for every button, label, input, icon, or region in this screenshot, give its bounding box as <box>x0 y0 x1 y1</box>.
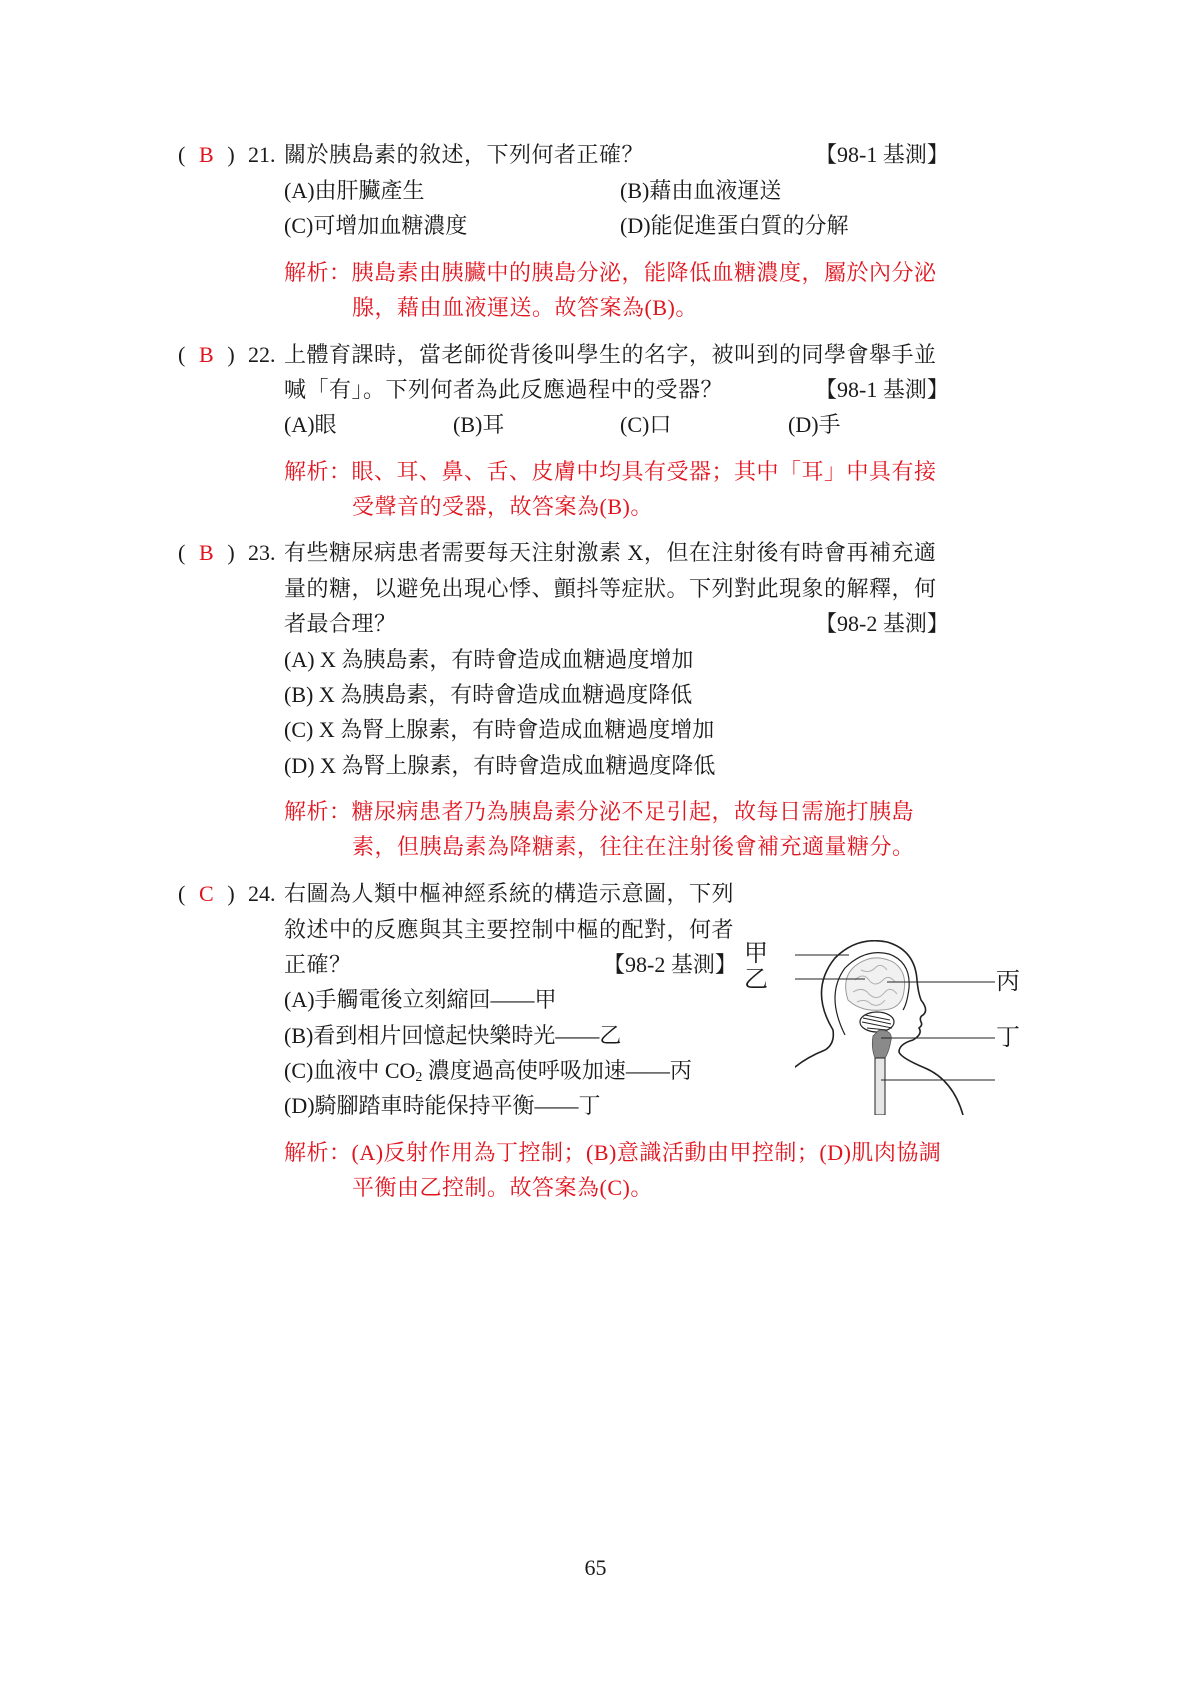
analysis-line: 解析：眼、耳、鼻、舌、皮膚中均具有受器；其中「耳」中具有接 <box>284 457 937 487</box>
option-d: (D) X 為腎上腺素，有時會造成血糖過度降低 <box>284 751 715 781</box>
option-b: (B)藉由血液運送 <box>620 176 781 206</box>
option-a: (A)由肝臟產生 <box>284 176 425 206</box>
option-a: (A)手觸電後立刻縮回——甲 <box>284 985 557 1015</box>
option-a: (A) X 為胰島素，有時會造成血糖過度增加 <box>284 645 693 675</box>
answer-bracket-q23: (B) <box>178 538 235 568</box>
option-b: (B) X 為胰島素，有時會造成血糖過度降低 <box>284 680 692 710</box>
question-stem: 有些糖尿病患者需要每天注射激素 X，但在注射後有時會再補充適 <box>284 538 936 568</box>
option-c: (C) X 為腎上腺素，有時會造成血糖過度增加 <box>284 715 714 745</box>
analysis-line: 解析：糖尿病患者乃為胰島素分泌不足引起，故每日需施打胰島 <box>284 797 914 827</box>
option-c-prefix: (C)血液中 CO <box>284 1058 415 1083</box>
question-stem: 量的糖，以避免出現心悸、顫抖等症狀。下列對此現象的解釋，何 <box>284 574 937 604</box>
option-b: (B)看到相片回憶起快樂時光——乙 <box>284 1021 621 1051</box>
answer-bracket-q24: (C) <box>178 879 235 909</box>
question-stem: 者最合理？ <box>284 609 397 639</box>
label-brainstem: 丙 <box>996 968 1020 994</box>
option-c: (C)血液中 CO2 濃度過高使呼吸加速——丙 <box>284 1056 692 1093</box>
analysis-line: 受聲音的受器，故答案為(B)。 <box>352 492 653 522</box>
question-stem: 關於胰島素的敘述，下列何者正確？ <box>284 140 644 170</box>
option-c: (C)口 <box>620 410 671 440</box>
answer-bracket-q21: (B) <box>178 140 235 170</box>
question-stem: 敘述中的反應與其主要控制中樞的配對，何者 <box>284 915 734 945</box>
option-b: (B)耳 <box>453 410 504 440</box>
question-number: 21. <box>248 140 276 170</box>
question-stem: 右圖為人類中樞神經系統的構造示意圖，下列 <box>284 879 734 909</box>
label-cerebrum: 甲 <box>744 940 768 966</box>
question-number: 23. <box>248 538 276 568</box>
answer-letter: B <box>185 340 227 370</box>
question-stem: 喊「有」。下列何者為此反應過程中的受器？ <box>284 375 723 405</box>
question-number: 22. <box>248 340 276 370</box>
question-source: 【98-2 基測】 <box>815 609 949 639</box>
option-d: (D)能促進蛋白質的分解 <box>620 211 849 241</box>
option-c: (C)可增加血糖濃度 <box>284 211 467 241</box>
head-silhouette-icon <box>795 940 1020 1115</box>
page-number: 65 <box>0 1553 1191 1583</box>
option-d: (D)騎腳踏車時能保持平衡——丁 <box>284 1091 601 1121</box>
option-c-suffix: 濃度過高使呼吸加速——丙 <box>422 1058 692 1083</box>
analysis-line: 腺，藉由血液運送。故答案為(B)。 <box>352 293 698 323</box>
analysis-line: 解析：胰島素由胰臟中的胰島分泌，能降低血糖濃度，屬於內分泌 <box>284 258 937 288</box>
cns-diagram <box>795 940 1020 1115</box>
answer-letter: C <box>185 879 227 909</box>
question-stem: 正確？ <box>284 950 352 980</box>
answer-letter: B <box>185 140 227 170</box>
question-source: 【98-1 基測】 <box>815 375 949 405</box>
question-number: 24. <box>248 879 276 909</box>
answer-letter: B <box>185 538 227 568</box>
label-spinal-cord: 丁 <box>996 1024 1020 1050</box>
question-stem: 上體育課時，當老師從背後叫學生的名字，被叫到的同學會舉手並 <box>284 340 937 370</box>
option-d: (D)手 <box>788 410 841 440</box>
analysis-line: 素，但胰島素為降糖素，往往在注射後會補充適量糖分。 <box>352 832 915 862</box>
option-a: (A)眼 <box>284 410 337 440</box>
analysis-line: 解析：(A)反射作用為丁控制；(B)意識活動由甲控制；(D)肌肉協調 <box>284 1138 941 1168</box>
answer-bracket-q22: (B) <box>178 340 235 370</box>
question-source: 【98-2 基測】 <box>603 950 737 980</box>
question-source: 【98-1 基測】 <box>815 140 949 170</box>
exam-page: (B) 21. 關於胰島素的敘述，下列何者正確？ 【98-1 基測】 (A)由肝… <box>0 0 1191 1684</box>
analysis-line: 平衡由乙控制。故答案為(C)。 <box>352 1173 653 1203</box>
label-cerebellum: 乙 <box>744 966 768 992</box>
